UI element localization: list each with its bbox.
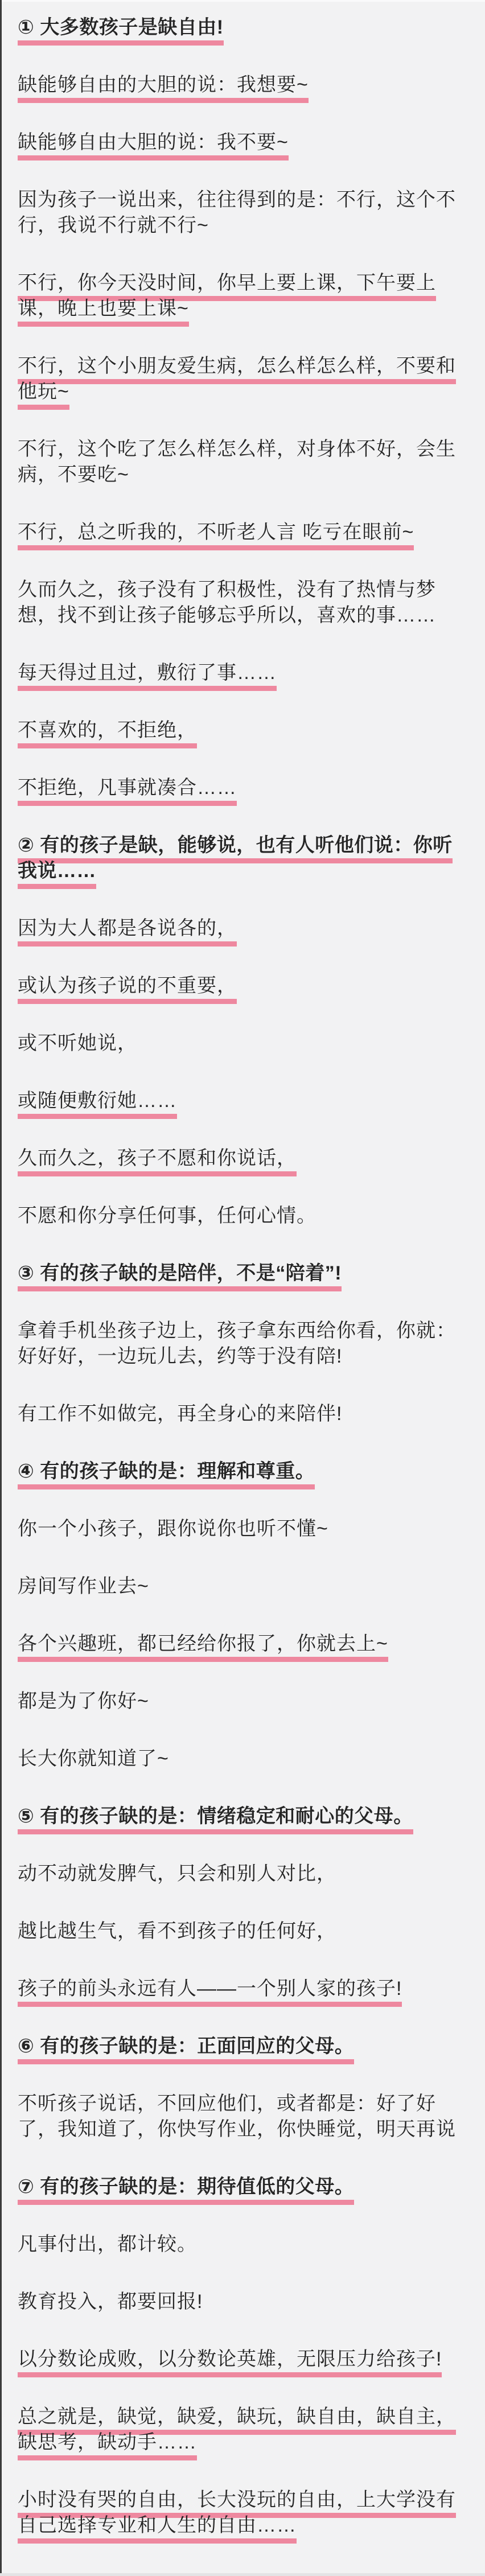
paragraph-text: 或不听她说， — [18, 1032, 137, 1054]
paragraph-text: 不拒绝，凡事就凑合…… — [18, 777, 237, 806]
paragraph-text: ② 有的孩子是缺，能够说，也有人听他们说：你听我说…… — [18, 834, 453, 889]
paragraph-text: 房间写作业去~ — [18, 1575, 149, 1597]
paragraph: 缺能够自由大胆的说：我不要~ — [18, 130, 470, 155]
paragraph-text: 小时没有哭的自由，长大没玩的自由，上大学没有自己选择专业和人生的自由…… — [18, 2489, 456, 2544]
paragraph-text: 都是为了你好~ — [18, 1690, 149, 1712]
paragraph: 房间写作业去~ — [18, 1574, 470, 1599]
paragraph: 不行，这个小朋友爱生病，怎么样怎么样，不要和他玩~ — [18, 353, 470, 405]
paragraph-text: 凡事付出，都计较。 — [18, 2233, 197, 2255]
paragraph: 久而久之，孩子不愿和你说话， — [18, 1146, 470, 1171]
paragraph: 小时没有哭的自由，长大没玩的自由，上大学没有自己选择专业和人生的自由…… — [18, 2487, 470, 2538]
paragraph: 凡事付出，都计较。 — [18, 2232, 470, 2257]
paragraph-text: 久而久之，孩子没有了积极性，没有了热情与梦想，找不到让孩子能够忘乎所以，喜欢的事… — [18, 579, 436, 626]
paragraph: 越比越生气，看不到孩子的任何好， — [18, 1919, 470, 1944]
paragraph-text: ① 大多数孩子是缺自由! — [18, 17, 224, 46]
paragraph-text: 因为孩子一说出来，往往得到的是：不行，这个不行，我说不行就不行~ — [18, 189, 456, 236]
paragraph-text: 有工作不如做完，再全身心的来陪伴! — [18, 1403, 342, 1425]
paragraph: 或认为孩子说的不重要， — [18, 973, 470, 999]
paragraph-text: 不行，总之听我的，不听老人言 吃亏在眼前~ — [18, 521, 414, 550]
paragraph-text: 拿着手机坐孩子边上，孩子拿东西给你看，你就：好好好，一边玩儿去，约等于没有陪! — [18, 1320, 456, 1367]
paragraph: 不行，这个吃了怎么样怎么样，对身体不好，会生病，不要吃~ — [18, 437, 470, 488]
paragraph-text: 各个兴趣班，都已经给你报了，你就去上~ — [18, 1633, 388, 1662]
paragraph-text: 因为大人都是各说各的， — [18, 917, 237, 947]
paragraph: 或不听她说， — [18, 1031, 470, 1056]
paragraph-text: 缺能够自由大胆的说：我不要~ — [18, 131, 289, 161]
paragraph-text: 你一个小孩子，跟你说你也听不懂~ — [18, 1518, 328, 1540]
paragraph: 总之就是，缺觉，缺爱，缺玩，缺自由，缺自主，缺思考，缺动手…… — [18, 2404, 470, 2455]
paragraph-text: 不行，这个吃了怎么样怎么样，对身体不好，会生病，不要吃~ — [18, 438, 456, 485]
paragraph-text: 不行，你今天没时间，你早上要上课，下午要上课，晚上也要上课~ — [18, 272, 436, 327]
paragraph: ① 大多数孩子是缺自由! — [18, 15, 470, 40]
paragraph: 每天得过且过，敷衍了事…… — [18, 660, 470, 686]
paragraph-text: 不听孩子说话，不回应他们，或者都是：好了好了，我知道了，你快写作业，你快睡觉，明… — [18, 2093, 456, 2140]
paragraph-text: 不行，这个小朋友爱生病，怎么样怎么样，不要和他玩~ — [18, 355, 456, 410]
paragraph: ⑥ 有的孩子缺的是：正面回应的父母。 — [18, 2034, 470, 2059]
paragraph: ② 有的孩子是缺，能够说，也有人听他们说：你听我说…… — [18, 833, 470, 884]
paragraph-text: 久而久之，孩子不愿和你说话， — [18, 1147, 297, 1176]
paragraph-text: 每天得过且过，敷衍了事…… — [18, 662, 277, 691]
paragraph-text: 或认为孩子说的不重要， — [18, 975, 237, 1004]
paragraph: 因为大人都是各说各的， — [18, 916, 470, 941]
paragraph: 以分数论成败，以分数论英雄，无限压力给孩子! — [18, 2347, 470, 2372]
paragraph: 不拒绝，凡事就凑合…… — [18, 775, 470, 801]
paragraph-text: ④ 有的孩子缺的是：理解和尊重。 — [18, 1460, 315, 1489]
paragraph: ⑦ 有的孩子缺的是：期待值低的父母。 — [18, 2174, 470, 2200]
paragraph-text: 越比越生气，看不到孩子的任何好， — [18, 1920, 336, 1942]
paragraph: 长大你就知道了~ — [18, 1746, 470, 1772]
paragraph: 你一个小孩子，跟你说你也听不懂~ — [18, 1516, 470, 1542]
paragraph-text: 教育投入，都要回报! — [18, 2291, 203, 2312]
paragraph: 或随便敷衍她…… — [18, 1088, 470, 1114]
paragraph: 不愿和你分享任何事，任何心情。 — [18, 1203, 470, 1229]
paragraph: 不喜欢的，不拒绝， — [18, 718, 470, 743]
paragraph: ⑤ 有的孩子缺的是：情绪稳定和耐心的父母。 — [18, 1804, 470, 1829]
paragraph: 孩子的前头永远有人——一个别人家的孩子! — [18, 1976, 470, 2002]
paragraph: 不听孩子说话，不回应他们，或者都是：好了好了，我知道了，你快写作业，你快睡觉，明… — [18, 2091, 470, 2142]
paragraph: 久而久之，孩子没有了积极性，没有了热情与梦想，找不到让孩子能够忘乎所以，喜欢的事… — [18, 577, 470, 628]
paragraph: 不行，总之听我的，不听老人言 吃亏在眼前~ — [18, 520, 470, 545]
paragraph-text: 缺能够自由的大胆的说：我想要~ — [18, 74, 309, 103]
paragraph-text: 动不动就发脾气，只会和别人对比， — [18, 1863, 336, 1884]
paragraph-text: 不愿和你分享任何事，任何心情。 — [18, 1205, 317, 1227]
paragraph: ④ 有的孩子缺的是：理解和尊重。 — [18, 1459, 470, 1484]
paragraph-text: 不喜欢的，不拒绝， — [18, 719, 197, 748]
paragraph: 拿着手机坐孩子边上，孩子拿东西给你看，你就：好好好，一边玩儿去，约等于没有陪! — [18, 1318, 470, 1369]
paragraph-text: 或随便敷衍她…… — [18, 1090, 177, 1119]
paragraph-text: 长大你就知道了~ — [18, 1748, 169, 1770]
paragraph: 都是为了你好~ — [18, 1689, 470, 1714]
paragraph-text: ⑥ 有的孩子缺的是：正面回应的父母。 — [18, 2035, 354, 2064]
paragraph-text: 孩子的前头永远有人——一个别人家的孩子! — [18, 1978, 402, 2007]
paragraph: 不行，你今天没时间，你早上要上课，下午要上课，晚上也要上课~ — [18, 270, 470, 322]
paragraph-text: ⑦ 有的孩子缺的是：期待值低的父母。 — [18, 2176, 354, 2205]
paragraph: 缺能够自由的大胆的说：我想要~ — [18, 72, 470, 98]
paragraph-text: 总之就是，缺觉，缺爱，缺玩，缺自由，缺自主，缺思考，缺动手…… — [18, 2406, 456, 2460]
paragraph: 动不动就发脾气，只会和别人对比， — [18, 1861, 470, 1887]
paragraph: 各个兴趣班，都已经给你报了，你就去上~ — [18, 1631, 470, 1657]
page-bottom-edge — [0, 2573, 485, 2576]
paragraph-text: ③ 有的孩子缺的是陪伴，不是“陪着”! — [18, 1262, 342, 1291]
paragraph-text: 以分数论成败，以分数论英雄，无限压力给孩子! — [18, 2348, 442, 2377]
paragraph: ③ 有的孩子缺的是陪伴，不是“陪着”! — [18, 1261, 470, 1286]
paragraph: 因为孩子一说出来，往往得到的是：不行，这个不行，我说不行就不行~ — [18, 187, 470, 238]
note-page: ① 大多数孩子是缺自由! 缺能够自由的大胆的说：我想要~ 缺能够自由大胆的说：我… — [0, 0, 485, 2576]
note-content: ① 大多数孩子是缺自由! 缺能够自由的大胆的说：我想要~ 缺能够自由大胆的说：我… — [0, 0, 485, 2550]
paragraph: 教育投入，都要回报! — [18, 2289, 470, 2315]
paragraph: 有工作不如做完，再全身心的来陪伴! — [18, 1401, 470, 1427]
paragraph-text: ⑤ 有的孩子缺的是：情绪稳定和耐心的父母。 — [18, 1805, 413, 1834]
